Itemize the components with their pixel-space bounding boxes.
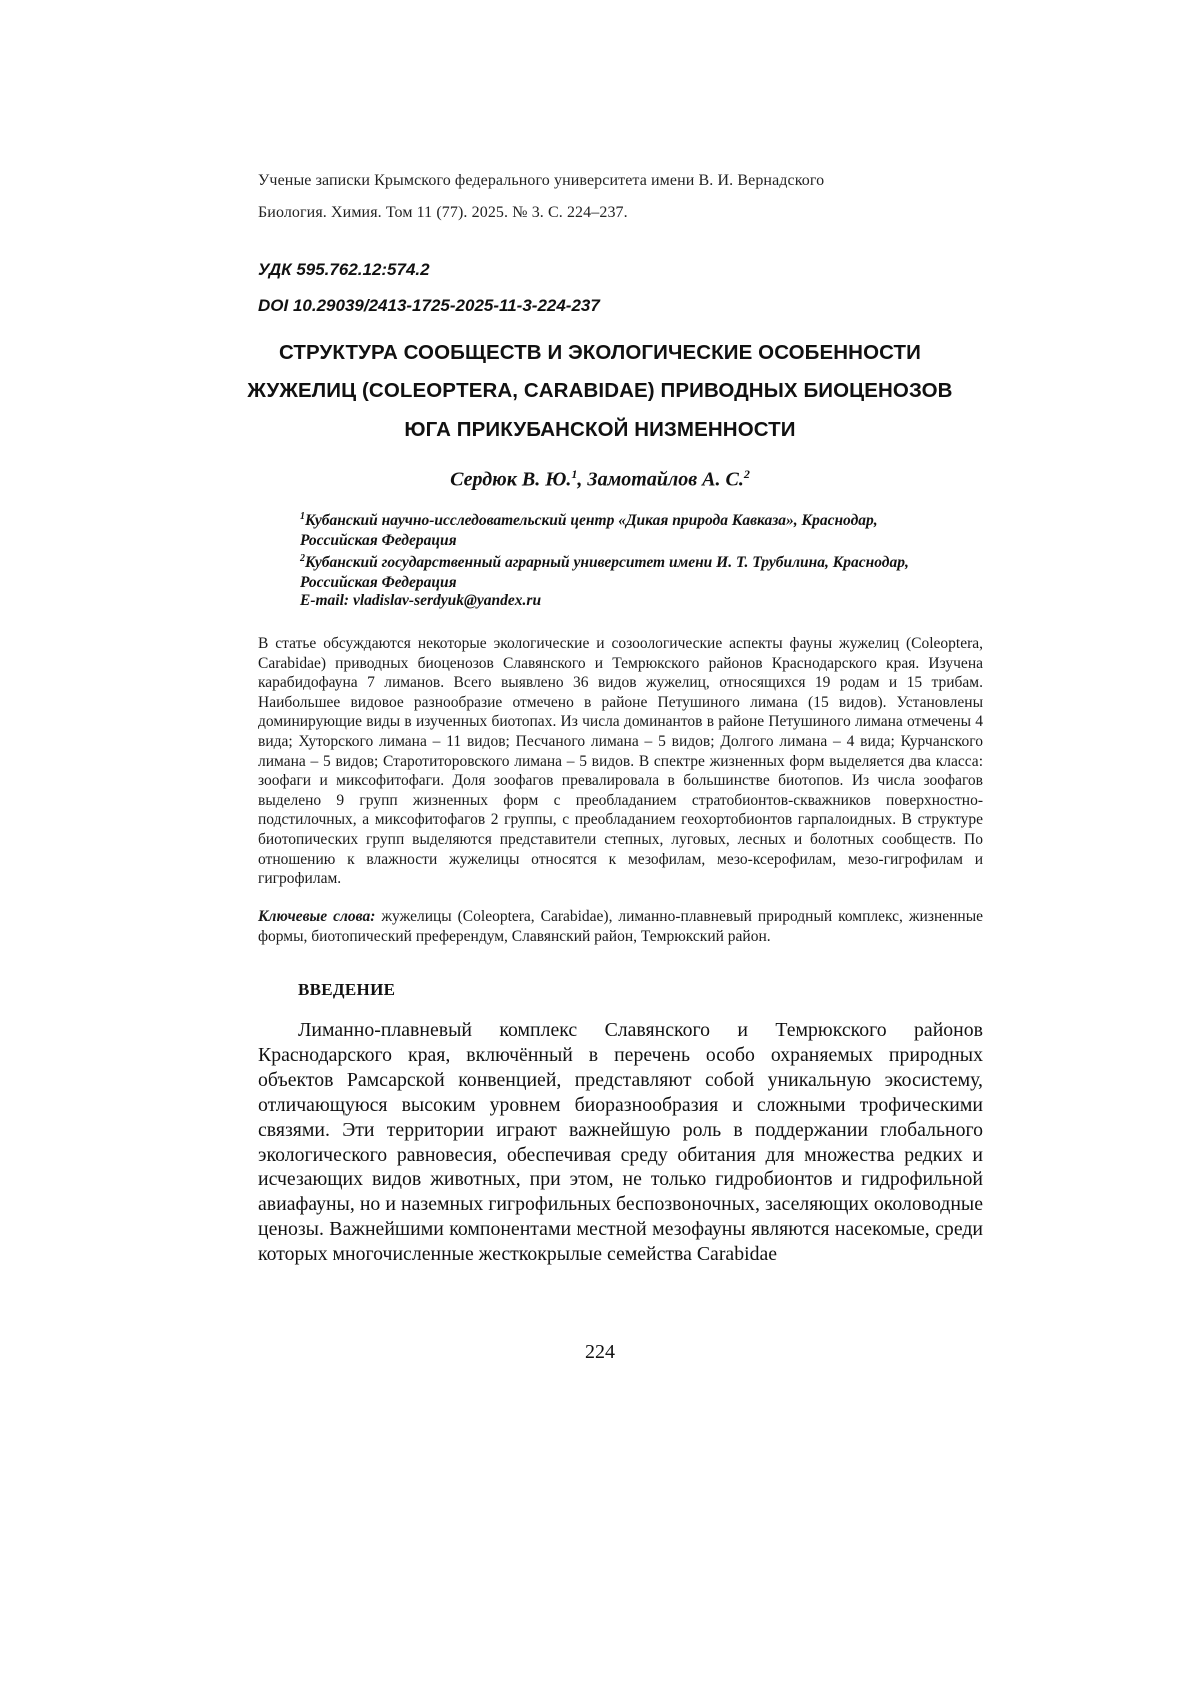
page-number: 224 [0, 1341, 1200, 1364]
affiliation-text: Кубанский государственный аграрный униве… [305, 554, 909, 571]
article-title-line-3: ЮГА ПРИКУБАНСКОЙ НИЗМЕННОСТИ [0, 418, 1200, 442]
affiliation-mark: 2 [744, 467, 750, 481]
affiliation-2: 2Кубанский государственный аграрный унив… [300, 549, 909, 593]
affiliation-1: 1Кубанский научно-исследовательский цент… [300, 507, 878, 551]
journal-citation-line-2: Биология. Химия. Том 11 (77). 2025. № 3.… [258, 204, 628, 222]
author-separator: , [577, 469, 587, 491]
doi-identifier: DOI 10.29039/2413-1725-2025-11-3-224-237 [258, 296, 600, 316]
journal-citation-line-1: Ученые записки Крымского федерального ун… [258, 172, 824, 190]
contact-email: E-mail: vladislav-serdyuk@yandex.ru [300, 591, 541, 611]
author-list: Сердюк В. Ю.1, Замотайлов А. С.2 [0, 467, 1200, 492]
abstract-paragraph: В статье обсуждаются некоторые экологиче… [258, 634, 983, 889]
udk-code: УДК 595.762.12:574.2 [258, 260, 430, 280]
article-title-line-1: СТРУКТУРА СООБЩЕСТВ И ЭКОЛОГИЧЕСКИЕ ОСОБ… [0, 341, 1200, 365]
author-name: Замотайлов А. С. [587, 469, 743, 491]
introduction-paragraph: Лиманно-плавневый комплекс Славянского и… [258, 1018, 983, 1267]
affiliation-text: Кубанский научно-исследовательский центр… [305, 512, 878, 529]
author-name: Сердюк В. Ю. [450, 469, 571, 491]
keywords-label: Ключевые слова: [258, 908, 375, 925]
article-title-line-2: ЖУЖЕЛИЦ (COLEOPTERA, CARABIDAE) ПРИВОДНЫ… [0, 379, 1200, 403]
keywords-paragraph: Ключевые слова: жужелицы (Coleoptera, Ca… [258, 907, 983, 946]
document-page: Ученые записки Крымского федерального ун… [0, 0, 1200, 1698]
section-heading-introduction: ВВЕДЕНИЕ [298, 980, 395, 1000]
